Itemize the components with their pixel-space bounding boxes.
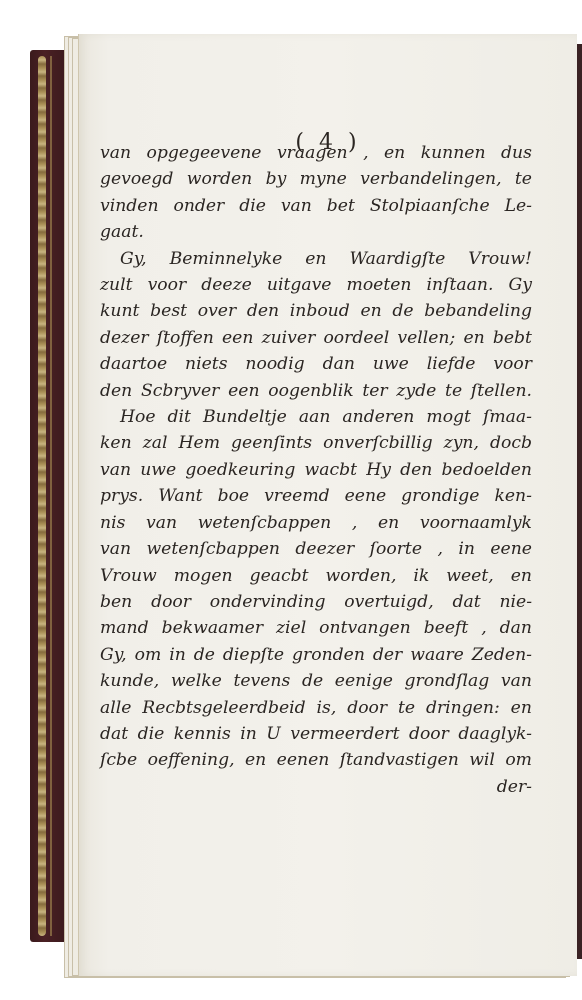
- text-line: ſcbeoeffening,eneenenſtandvastigenwilom: [100, 747, 532, 773]
- word: Gy,: [100, 642, 127, 668]
- word: te: [515, 166, 532, 192]
- word: over: [198, 298, 236, 324]
- word: die: [138, 721, 165, 747]
- word: niets: [185, 351, 227, 377]
- word: van: [146, 510, 177, 536]
- word: in: [458, 536, 475, 562]
- word: bebt: [493, 325, 532, 351]
- word: ter: [362, 378, 387, 404]
- word: de: [302, 668, 323, 694]
- word: ben: [100, 589, 132, 615]
- text-line: gevoegdwordenbymyneverbandelingen,te: [100, 166, 532, 192]
- word: ,: [352, 510, 357, 536]
- word: verbandelingen,: [360, 166, 501, 192]
- word: geenſints: [231, 430, 312, 456]
- word: wacbt: [305, 457, 358, 483]
- text-line: Vrouwmogengeacbtworden,ikweet,en: [100, 563, 532, 589]
- word: Beminnelyke: [170, 246, 283, 272]
- word: is,: [317, 695, 337, 721]
- word: en: [360, 298, 381, 324]
- word: uitgave: [267, 272, 332, 298]
- word: tevens: [233, 668, 290, 694]
- text-line: vindenonderdievanbetStolpiaanſcheLe-: [100, 193, 532, 219]
- word: wetenſcbappen: [146, 536, 280, 562]
- word: onder: [173, 193, 224, 219]
- word: dat: [452, 589, 480, 615]
- text-line: datdiekennisinUvermeerdertdoordaaglyk-: [100, 721, 532, 747]
- text-line: denScbryvereenoogenblikterzydeteſtellen.: [100, 378, 532, 404]
- word: van: [100, 536, 131, 562]
- word: vellen;: [397, 325, 455, 351]
- word: door: [347, 695, 387, 721]
- text-line: daartoenietsnoodigdanuweliefdevoor: [100, 351, 532, 377]
- word: ,: [363, 140, 368, 166]
- word: inboud: [290, 298, 350, 324]
- text-line: kuntbestoverdeninboudendebebandeling: [100, 298, 532, 324]
- word: myne: [300, 166, 347, 192]
- word: ſtoffen: [157, 325, 214, 351]
- text-line: HoeditBundeltjeaananderenmogtſmaa-: [100, 404, 532, 430]
- word: Vrouw: [100, 563, 157, 589]
- text-line: alleRecbtsgeleerdbeidis,doortedringen:en: [100, 695, 532, 721]
- word: aan: [299, 404, 331, 430]
- word: grondige: [401, 483, 479, 509]
- word: vermeerdert: [290, 721, 399, 747]
- word: oogenblik: [268, 378, 353, 404]
- gilt-decoration-line: [50, 56, 52, 936]
- word: den: [100, 378, 132, 404]
- text-line: gaat.: [100, 219, 532, 245]
- word: oordeel: [323, 325, 389, 351]
- word: ziel: [276, 615, 306, 641]
- word: bet: [327, 193, 355, 219]
- word: ken: [100, 430, 132, 456]
- word: de: [194, 642, 215, 668]
- word: zyde: [396, 378, 436, 404]
- word: anderen: [342, 404, 414, 430]
- word: weet,: [446, 563, 493, 589]
- word: een: [228, 378, 259, 404]
- word: Gy: [508, 272, 531, 298]
- text-line: mandbekwaamerzielontvangenbeeft,dan: [100, 615, 532, 641]
- word: bekwaamer: [162, 615, 263, 641]
- word: dan: [500, 615, 532, 641]
- word: gaat.: [100, 219, 144, 245]
- word: voor: [148, 272, 187, 298]
- word: zal: [143, 430, 168, 456]
- word: voornaamlyk: [420, 510, 532, 536]
- word: zuiver: [262, 325, 316, 351]
- word: nie-: [499, 589, 532, 615]
- text-line: kunde,welketevensdeeenigegrondſlagvan: [100, 668, 532, 694]
- word: en: [245, 747, 266, 773]
- word: voor: [493, 351, 532, 377]
- text-line: dezerſtoffeneenzuiveroordeelvellen;enbeb…: [100, 325, 532, 351]
- word: ſtandvastigen: [340, 747, 459, 773]
- word: best: [150, 298, 187, 324]
- word: eenen: [277, 747, 330, 773]
- gilt-decoration-border: [38, 56, 46, 936]
- word: Gy,: [120, 246, 147, 272]
- word: en: [384, 140, 405, 166]
- word: by: [266, 166, 287, 192]
- word: kunt: [100, 298, 139, 324]
- word: te: [398, 695, 415, 721]
- word: ſtellen.: [471, 378, 532, 404]
- text-line: der-: [100, 774, 532, 800]
- word: beeft: [424, 615, 469, 641]
- word: eene: [345, 483, 387, 509]
- word: ondervinding: [210, 589, 326, 615]
- word: noodig: [245, 351, 304, 377]
- text-line: kenzalHemgeenſintsonverſcbilligzyn,docb: [100, 430, 532, 456]
- word: diepſte: [223, 642, 284, 668]
- word: ſoorte: [370, 536, 422, 562]
- word: kunde,: [100, 668, 159, 694]
- word: ,: [437, 536, 442, 562]
- word: geacbt: [250, 563, 309, 589]
- word: den: [247, 298, 279, 324]
- word: Bundeltje: [203, 404, 287, 430]
- word: uwe: [373, 351, 409, 377]
- word: dezer: [100, 325, 149, 351]
- word: ik: [413, 563, 429, 589]
- word: vreemd: [264, 483, 330, 509]
- word: kennis: [174, 721, 231, 747]
- word: den: [400, 457, 432, 483]
- text-line: vanuwegoedkeuringwacbtHydenbedoelden: [100, 457, 532, 483]
- word: deeze: [201, 272, 252, 298]
- word: dan: [323, 351, 355, 377]
- text-line: zultvoordeezeuitgavemoeteninſtaan.Gy: [100, 272, 532, 298]
- word: Hem: [179, 430, 220, 456]
- word: daartoe: [100, 351, 167, 377]
- word: Stolpiaanſche: [370, 193, 490, 219]
- word: gronden: [292, 642, 365, 668]
- word: ſcbe: [100, 747, 137, 773]
- text-line: Gy,omindediepſtegrondenderwaareZeden-: [100, 642, 532, 668]
- word: nis: [100, 510, 125, 536]
- word: in: [240, 721, 257, 747]
- word: gevoegd: [100, 166, 173, 192]
- word: in: [169, 642, 186, 668]
- word: waare: [410, 642, 464, 668]
- word: deezer: [295, 536, 354, 562]
- word: worden: [187, 166, 253, 192]
- word: overtuigd,: [344, 589, 433, 615]
- word: zyn,: [444, 430, 479, 456]
- word: daaglyk-: [458, 721, 532, 747]
- word: mogen: [174, 563, 233, 589]
- word: opgegeevene: [146, 140, 261, 166]
- word: dringen:: [426, 695, 500, 721]
- word: onverſcbillig: [323, 430, 433, 456]
- word: ,: [481, 615, 486, 641]
- word: Vrouw!: [468, 246, 532, 272]
- word: ken-: [494, 483, 531, 509]
- word: van: [501, 668, 532, 694]
- word: prys.: [100, 483, 143, 509]
- word: Hoe: [120, 404, 156, 430]
- text-line: vanwetenſcbappendeezerſoorte,ineene: [100, 536, 532, 562]
- text-line: Gy,BeminnelykeenWaardigſteVrouw!: [100, 246, 532, 272]
- word: van: [100, 457, 131, 483]
- word: Hy: [366, 457, 391, 483]
- word: Waardigſte: [349, 246, 445, 272]
- word: dus: [501, 140, 532, 166]
- word: docb: [490, 430, 532, 456]
- word: mand: [100, 615, 149, 641]
- word: boe: [218, 483, 250, 509]
- word: der-: [497, 774, 532, 800]
- word: dat: [100, 721, 128, 747]
- word: en: [511, 563, 532, 589]
- word: liefde: [427, 351, 476, 377]
- word: een: [222, 325, 253, 351]
- word: en: [511, 695, 532, 721]
- word: worden,: [325, 563, 396, 589]
- word: en: [378, 510, 399, 536]
- word: uwe: [140, 457, 176, 483]
- word: zult: [100, 272, 133, 298]
- word: moeten: [347, 272, 412, 298]
- word: oeffening,: [148, 747, 235, 773]
- text-line: vanopgegeevenevraagen,enkunnendus: [100, 140, 532, 166]
- text-line: prys.Wantboevreemdeenegrondigeken-: [100, 483, 532, 509]
- word: die: [239, 193, 266, 219]
- word: en: [305, 246, 326, 272]
- word: en: [463, 325, 484, 351]
- word: wil: [469, 747, 495, 773]
- word: mogt: [426, 404, 471, 430]
- word: Le-: [505, 193, 532, 219]
- word: der: [373, 642, 402, 668]
- word: grondſlag: [405, 668, 490, 694]
- word: te: [445, 378, 462, 404]
- word: eenige: [335, 668, 393, 694]
- word: om: [505, 747, 532, 773]
- word: de: [392, 298, 413, 324]
- word: dit: [168, 404, 191, 430]
- word: alle: [100, 695, 131, 721]
- word: bedoelden: [442, 457, 532, 483]
- word: ontvangen: [319, 615, 411, 641]
- word: kunnen: [421, 140, 486, 166]
- word: Zeden-: [472, 642, 532, 668]
- word: bebandeling: [424, 298, 532, 324]
- word: Scbryver: [141, 378, 219, 404]
- word: inſtaan.: [427, 272, 494, 298]
- word: vinden: [100, 193, 159, 219]
- word: om: [135, 642, 162, 668]
- word: door: [151, 589, 191, 615]
- word: goedkeuring: [185, 457, 295, 483]
- word: van: [281, 193, 312, 219]
- word: welke: [171, 668, 222, 694]
- word: Recbtsgeleerdbeid: [142, 695, 305, 721]
- word: van: [100, 140, 131, 166]
- text-line: bendoorondervindingovertuigd,datnie-: [100, 589, 532, 615]
- word: U: [266, 721, 281, 747]
- word: door: [409, 721, 449, 747]
- word: vraagen: [277, 140, 348, 166]
- book-spine-cover: [30, 50, 66, 942]
- page-text-block: vanopgegeevenevraagen,enkunnendusgevoegd…: [100, 140, 532, 800]
- word: wetenſcbappen: [198, 510, 332, 536]
- word: eene: [490, 536, 532, 562]
- text-line: nisvanwetenſcbappen,envoornaamlyk: [100, 510, 532, 536]
- word: ſmaa-: [483, 404, 532, 430]
- word: Want: [158, 483, 202, 509]
